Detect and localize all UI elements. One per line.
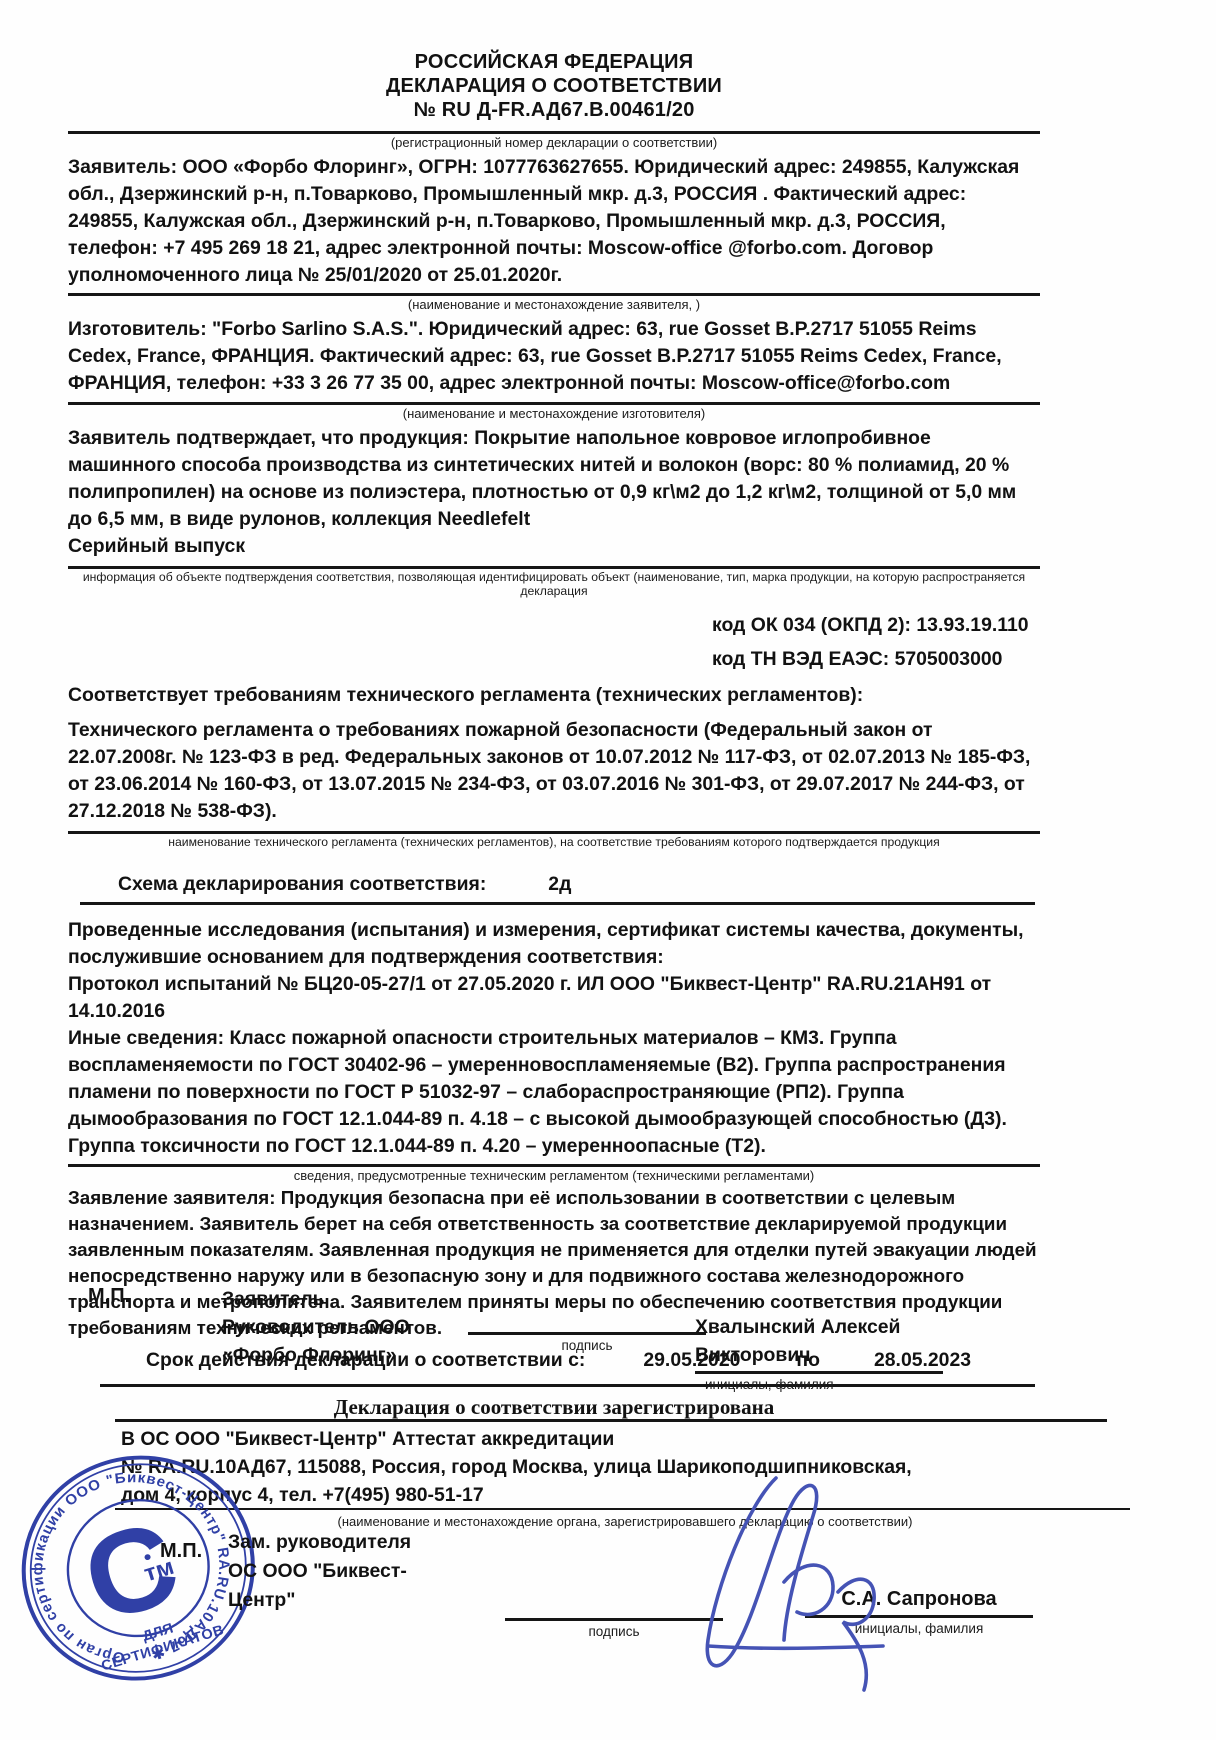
scheme-underline bbox=[80, 902, 1035, 905]
compliance-text: Технического регламента о требованиях по… bbox=[68, 717, 1040, 825]
registration-underline bbox=[115, 1508, 1130, 1510]
product-codes: код ОК 034 (ОКПД 2): 13.93.19.110 код ТН… bbox=[712, 614, 1040, 671]
signature-scribble-icon bbox=[648, 1450, 968, 1695]
applicant-caption: (наименование и местонахождение заявител… bbox=[68, 297, 1040, 312]
divider bbox=[68, 293, 1040, 296]
signer2-role: Зам. руководителя ОС ООО "Биквест- Центр… bbox=[228, 1528, 411, 1615]
manufacturer-text: Изготовитель: "Forbo Sarlino S.A.S.". Юр… bbox=[68, 316, 1040, 397]
page-title: ДЕКЛАРАЦИЯ О СООТВЕТСТВИИ bbox=[68, 74, 1040, 98]
signature1-field: подпись bbox=[468, 1288, 706, 1353]
signer1-name-caption: инициалы, фамилия bbox=[695, 1374, 943, 1392]
divider bbox=[68, 402, 1040, 405]
product-caption: информация об объекте подтверждения соот… bbox=[68, 570, 1040, 598]
signer2-role-line: Центр" bbox=[228, 1586, 411, 1615]
declaration-document: РОССИЙСКАЯ ФЕДЕРАЦИЯ ДЕКЛАРАЦИЯ О СООТВЕ… bbox=[0, 0, 1216, 1740]
applicant-text: Заявитель: ООО «Форбо Флоринг», ОГРН: 10… bbox=[68, 154, 1040, 289]
seal-mark-1: М.П. bbox=[88, 1285, 130, 1308]
product-text: Заявитель подтверждает, что продукция: П… bbox=[68, 425, 1040, 533]
evidence-intro: Проведенные исследования (испытания) и и… bbox=[68, 917, 1040, 971]
signer1-role-line: Заявитель bbox=[222, 1285, 410, 1313]
signer1-role-line: «Форбо Флоринг» bbox=[222, 1341, 410, 1369]
scheme-label: Схема декларирования соответствия: bbox=[118, 873, 486, 895]
scheme-value: 2д bbox=[548, 873, 571, 895]
okpd-code: код ОК 034 (ОКПД 2): 13.93.19.110 bbox=[712, 614, 1040, 637]
compliance-heading: Соответствует требованиям технического р… bbox=[68, 682, 1040, 709]
evidence-caption: сведения, предусмотренные техническим ре… bbox=[68, 1168, 1040, 1183]
country-title: РОССИЙСКАЯ ФЕДЕРАЦИЯ bbox=[68, 50, 1040, 74]
document-body: РОССИЙСКАЯ ФЕДЕРАЦИЯ ДЕКЛАРАЦИЯ О СООТВЕ… bbox=[68, 50, 1040, 1387]
tnved-code: код ТН ВЭД ЕАЭС: 5705003000 bbox=[712, 648, 1040, 671]
signer1-name-block: Хвалынский Алексей Викторович инициалы, … bbox=[695, 1313, 943, 1392]
divider bbox=[68, 566, 1040, 569]
number-caption: (регистрационный номер декларации о соот… bbox=[68, 135, 1040, 150]
signer1-name: Хвалынский Алексей Викторович bbox=[695, 1313, 943, 1374]
signer1-role-line: Руководитель ООО bbox=[222, 1313, 410, 1341]
compliance-caption: наименование технического регламента (те… bbox=[68, 835, 1040, 849]
registration-line: В ОС ООО "Биквест-Центр" Аттестат аккред… bbox=[121, 1425, 1056, 1453]
registration-topline bbox=[115, 1419, 1107, 1422]
scheme-row: Схема декларирования соответствия:2д bbox=[68, 873, 1040, 896]
signer2-role-line: Зам. руководителя bbox=[228, 1528, 411, 1557]
signer1-role: Заявитель Руководитель ООО «Форбо Флорин… bbox=[222, 1285, 410, 1369]
divider bbox=[68, 831, 1040, 834]
evidence-protocol: Протокол испытаний № БЦ20-05-27/1 от 27.… bbox=[68, 971, 1040, 1025]
signature1-line bbox=[468, 1288, 706, 1335]
manufacturer-caption: (наименование и местонахождение изготови… bbox=[68, 406, 1040, 421]
seal-mark-2: М.П. bbox=[160, 1540, 202, 1563]
signer2-role-line: ОС ООО "Биквест- bbox=[228, 1557, 411, 1586]
serial-issue: Серийный выпуск bbox=[68, 533, 1040, 560]
divider bbox=[68, 1164, 1040, 1167]
evidence-other: Иные сведения: Класс пожарной опасности … bbox=[68, 1025, 1040, 1160]
ink-signature bbox=[648, 1450, 968, 1700]
registration-heading: Декларация о соответствии зарегистрирова… bbox=[68, 1395, 1040, 1420]
divider bbox=[68, 131, 1040, 134]
declaration-number: № RU Д-FR.АД67.В.00461/20 bbox=[68, 98, 1040, 122]
signature1-caption: подпись bbox=[468, 1335, 706, 1353]
